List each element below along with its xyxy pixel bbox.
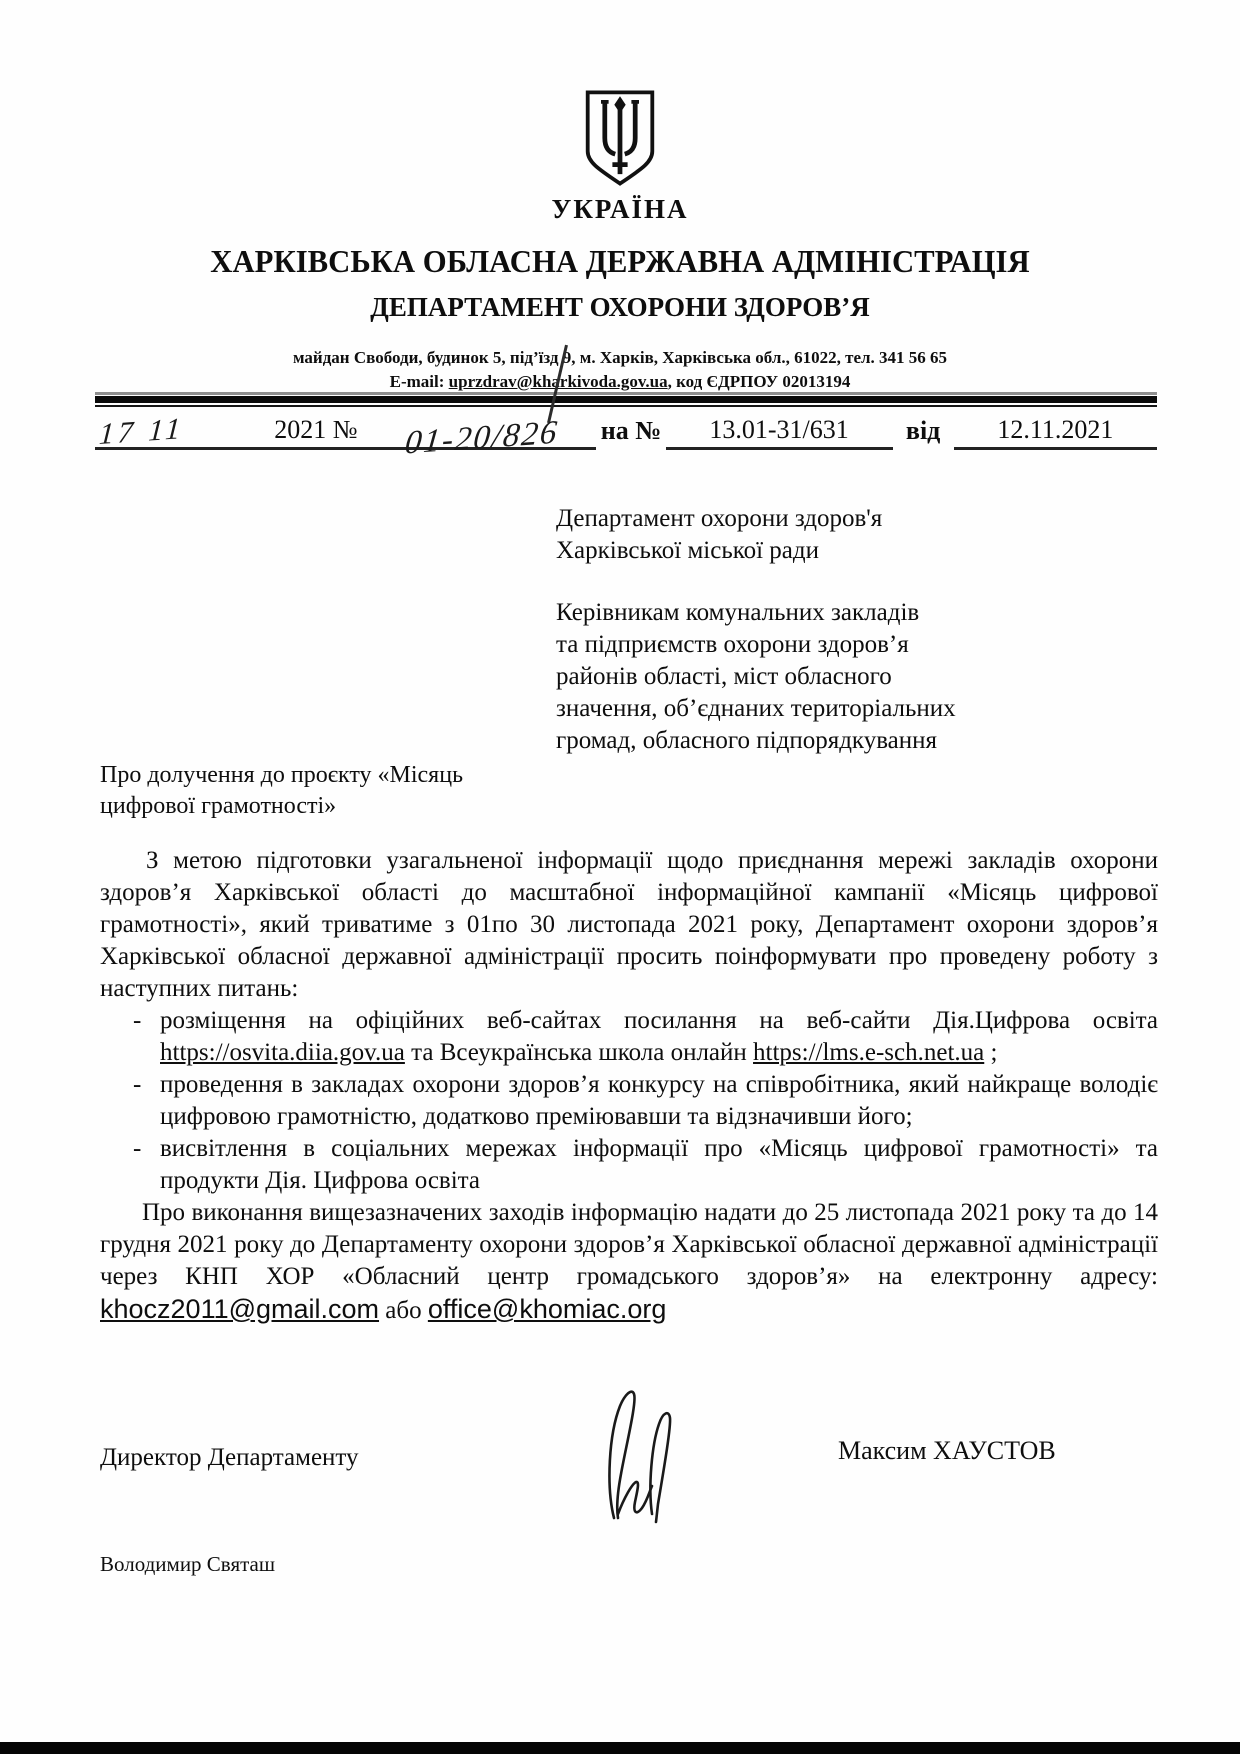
recipient-line: значення, об’єднаних територіальних (556, 693, 956, 725)
executor-name: Володимир Святаш (100, 1552, 275, 1577)
bullet-text: висвітлення в соціальних мережах інформа… (160, 1133, 1158, 1197)
letter-body: З метою підготовки узагальненої інформац… (100, 845, 1158, 1327)
recipient-line: Харківської міської ради (556, 535, 956, 567)
reply-date: 12.11.2021 (997, 415, 1113, 445)
signer-position-title: Директор Департаменту (100, 1444, 359, 1472)
reply-to-label: на № (596, 412, 665, 450)
recipient-line: та підприємств охорони здоров’я (556, 629, 956, 661)
scan-edge-bar (0, 1742, 1240, 1754)
recipient-block: Департамент охорони здоров'я Харківської… (556, 503, 956, 757)
subject-block: Про долучення до проєкту «Місяць цифрово… (100, 760, 463, 822)
bullet-item: - проведення в закладах охорони здоров’я… (100, 1069, 1158, 1133)
bullet-item: - розміщення на офіційних веб-сайтах пос… (100, 1005, 1158, 1069)
closing-paragraph: Про виконання вищезазначених заходів інф… (100, 1197, 1158, 1327)
lms-esch-link[interactable]: https://lms.e-sch.net.ua (753, 1039, 984, 1066)
recipient-line: Керівникам комунальних закладів (556, 597, 956, 629)
email-label: E-mail: (390, 372, 449, 391)
recipient-gap (556, 567, 956, 597)
ref-date-field: 17 11 2021 № (95, 412, 368, 450)
recipient-line: Департамент охорони здоров'я (556, 503, 956, 535)
bullet-dash: - (133, 1133, 160, 1197)
handwritten-outgoing-number: 01-20/826 (403, 414, 560, 462)
bullet-dash: - (133, 1005, 160, 1069)
divider-thin-line (95, 405, 1157, 407)
body-paragraph: З метою підготовки узагальненої інформац… (100, 845, 1158, 1005)
department-name: ДЕПАРТАМЕНТ ОХОРОНИ ЗДОРОВ’Я (0, 293, 1240, 322)
email-line: E-mail: uprzdrav@kharkivoda.gov.ua, код … (0, 372, 1240, 392)
divider-gray-line (95, 392, 1157, 395)
signer-name: Максим ХАУСТОВ (838, 1436, 1056, 1466)
osvita-diia-link[interactable]: https://osvita.diia.gov.ua (160, 1039, 405, 1066)
ref-number-field: 01-20/826 (368, 412, 597, 450)
letterhead: УКРАЇНА ХАРКІВСЬКА ОБЛАСНА ДЕРЖАВНА АДМІ… (0, 88, 1240, 392)
year-and-number-sign: 2021 № (274, 415, 357, 445)
reply-number-field: 13.01-31/631 (666, 412, 893, 450)
subject-line: цифрової грамотності» (100, 791, 463, 822)
scanned-letter-page: УКРАЇНА ХАРКІВСЬКА ОБЛАСНА ДЕРЖАВНА АДМІ… (0, 0, 1240, 1754)
khocz-email-link[interactable]: khocz2011@gmail.com (100, 1294, 379, 1324)
recipient-line: районів області, міст обласного (556, 661, 956, 693)
divider-black-bar (95, 396, 1157, 403)
organization-name: ХАРКІВСЬКА ОБЛАСНА ДЕРЖАВНА АДМІНІСТРАЦІ… (25, 245, 1215, 277)
reference-row: 17 11 2021 № 01-20/826 на № 13.01-31/631… (95, 412, 1157, 450)
handwritten-signature (572, 1386, 690, 1526)
office-email-link[interactable]: office@khomiac.org (428, 1294, 667, 1324)
address-line: майдан Свободи, будинок 5, під’їзд 9, м.… (0, 348, 1240, 368)
bullet-dash: - (133, 1069, 160, 1133)
subject-line: Про долучення до проєкту «Місяць (100, 760, 463, 791)
bullet-text: розміщення на офіційних веб-сайтах посил… (160, 1005, 1158, 1069)
edrpou-code: , код ЄДРПОУ 02013194 (668, 372, 851, 391)
bullet-text: проведення в закладах охорони здоров’я к… (160, 1069, 1158, 1133)
handwritten-date: 17 11 (98, 412, 185, 452)
header-divider-rule (95, 392, 1157, 407)
country-name: УКРАЇНА (0, 196, 1240, 223)
reply-number: 13.01-31/631 (709, 415, 848, 445)
reply-date-field: 12.11.2021 (954, 412, 1157, 450)
reply-date-label: від (893, 412, 954, 450)
recipient-line: громад, обласного підпорядкування (556, 725, 956, 757)
bullet-item: - висвітлення в соціальних мережах інфор… (100, 1133, 1158, 1197)
ukraine-trident-emblem-icon (582, 88, 658, 188)
